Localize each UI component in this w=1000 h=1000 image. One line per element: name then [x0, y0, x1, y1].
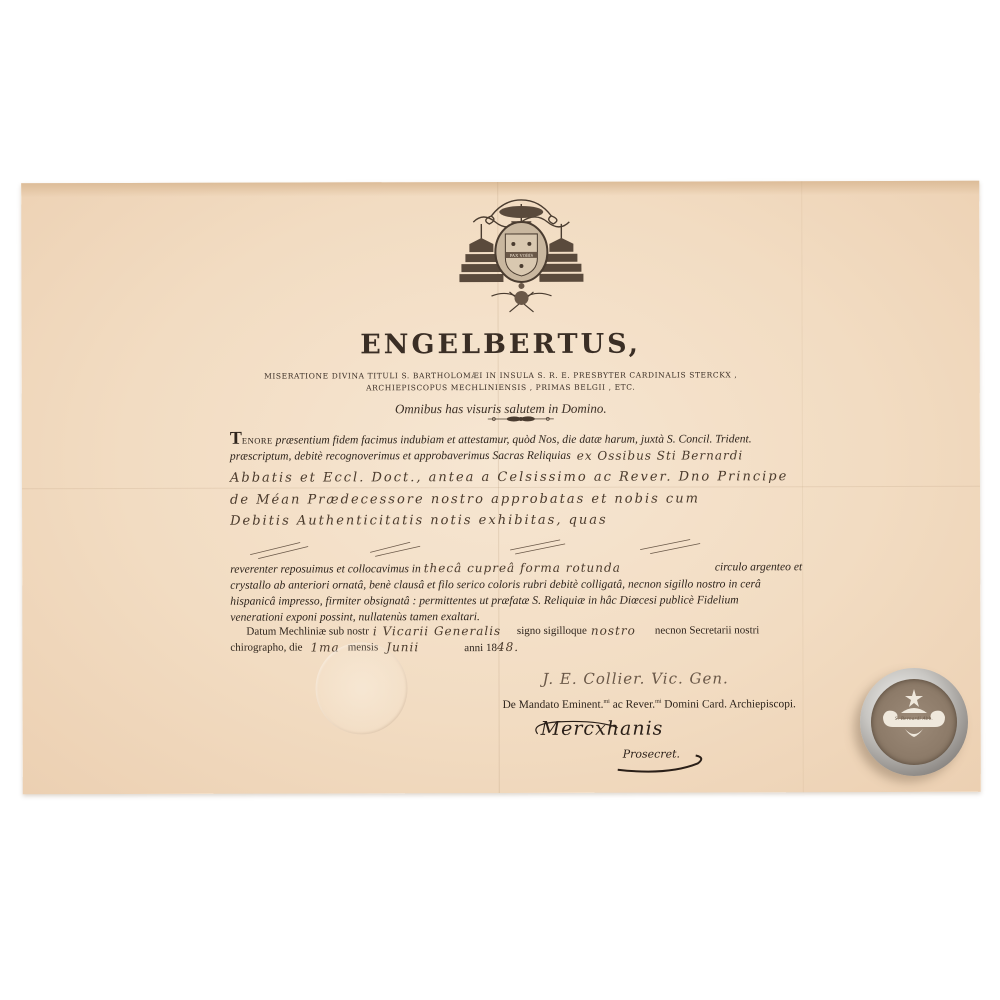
- vicar-general-signature: J. E. Collier. Vic. Gen.: [542, 669, 728, 687]
- mandate-sup-1: mi: [603, 699, 609, 705]
- dated-printed-3: necnon Secretarii nostri: [655, 622, 760, 638]
- mandate-line: De Mandato Eminent.mi ac Rever.mi Domini…: [503, 698, 796, 711]
- handwritten-line-4: de Méan Prædecessore nostro approbatas e…: [230, 491, 802, 507]
- date-year-suffix: 48.: [497, 640, 519, 654]
- handwritten-line-5: Debitis Authenticitatis notis exhibitas,…: [230, 512, 802, 528]
- mandate-sup-2: mi: [655, 699, 661, 705]
- reliquary-theca: S. Bernardi Abb.: [860, 668, 968, 776]
- handwritten-line-3: Abbatis et Eccl. Doct., antea a Celsissi…: [230, 469, 802, 485]
- relic-scroll-ornament-icon: [871, 679, 957, 765]
- mandate-part-3: Domini Card. Archiepiscopi.: [664, 698, 796, 710]
- line8: hispanicâ impresso, firmiter obsignatâ :…: [230, 592, 738, 609]
- reliquary-label: S. Bernardi Abb.: [881, 717, 947, 722]
- dated-printed-2: signo sigilloque: [517, 623, 587, 639]
- body-paragraph-1: TENORE præsentium fidem facimus indubiam…: [230, 428, 802, 464]
- cardinal-coat-of-arms-icon: PAX VOBIS: [451, 194, 591, 319]
- crest-motto: PAX VOBIS: [510, 253, 534, 258]
- line6-printed-end: circulo argenteo et: [715, 559, 802, 576]
- subtitle-line-2: ARCHIEPISCOPUS MECHLINIENSIS , PRIMAS BE…: [22, 381, 980, 396]
- fold-line-horizontal: [22, 486, 980, 490]
- reliquary-window: S. Bernardi Abb.: [871, 679, 957, 765]
- date-printed-3: anni 18: [464, 642, 497, 654]
- dated-handwritten-2: nostro: [591, 623, 651, 639]
- ornament-divider-icon: [486, 414, 556, 424]
- dated-handwritten-1: i Vicarii Generalis: [373, 623, 513, 639]
- line2-printed: præscriptum, debitè recognoverimus et ap…: [230, 448, 571, 465]
- secretary-signature: Mercxhanis: [541, 718, 664, 740]
- mandate-part-1: De Mandato Eminent.: [503, 699, 604, 711]
- mandate-part-2: ac Rever.: [613, 699, 655, 711]
- line6-handwritten: thecâ cupreâ forma rotunda: [424, 561, 621, 576]
- date-printed-1: chirographo, die: [230, 640, 302, 657]
- embossed-seal: [315, 642, 407, 734]
- dated-printed-1: Datum Mechliniæ sub nostr: [246, 623, 369, 639]
- line1-smallcaps: ENORE: [242, 436, 273, 446]
- dropcap: T: [230, 428, 242, 448]
- line2-handwritten: ex Ossibus Sti Bernardi: [577, 447, 744, 463]
- document-title: ENGELBERTUS,: [22, 328, 980, 362]
- secretary-title: Prosecret.: [623, 748, 680, 761]
- line1-rest: præsentium fidem facimus indubiam et att…: [276, 432, 752, 446]
- fill-strokes: [230, 531, 802, 562]
- line7: crystallo ab anteriori ornatâ, benè clau…: [230, 576, 761, 593]
- dating-clause: Datum Mechliniæ sub nostr i Vicarii Gene…: [230, 622, 802, 656]
- line6-printed-start: reverenter reposuimus et collocavimus in: [230, 562, 421, 575]
- certificate-paper: PAX VOBIS ENGELBERTUS, MISERATIONE DIVIN…: [21, 181, 981, 795]
- document-subtitle: MISERATIONE DIVINA TITULI S. BARTHOLOMÆI…: [22, 369, 980, 396]
- date-month: Junii: [386, 639, 456, 656]
- body-paragraph-2: reverenter reposuimus et collocavimus in…: [230, 559, 802, 625]
